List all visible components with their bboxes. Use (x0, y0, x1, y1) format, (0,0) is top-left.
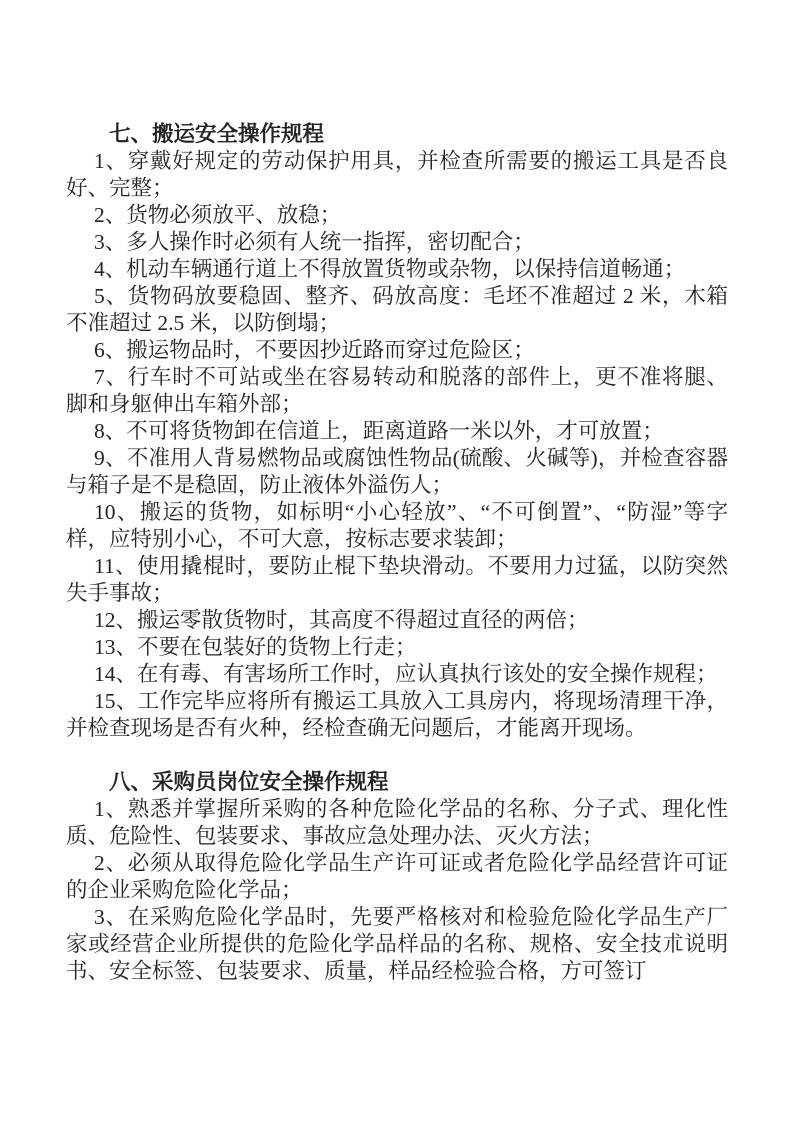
list-item: 5、货物码放要稳固、整齐、码放高度：毛坯不准超过 2 米，木箱不准超过 2.5 … (66, 283, 728, 337)
section-purchaser-safety: 八、采购员岗位安全操作规程 1、熟悉并掌握所采购的各种危险化学品的名称、分子式、… (66, 769, 728, 985)
list-item: 10、搬运的货物，如标明“小心轻放”、“不可倒置”、“防湿”等字样，应特别小心，… (66, 499, 728, 553)
list-item: 1、穿戴好规定的劳动保护用具，并检查所需要的搬运工具是否良好、完整； (66, 148, 728, 202)
list-item: 3、多人操作时必须有人统一指挥，密切配合； (66, 229, 728, 256)
list-item: 15、工作完毕应将所有搬运工具放入工具房内，将现场清理干净，并检查现场是否有火种… (66, 688, 728, 742)
list-item: 2、必须从取得危险化学品生产许可证或者危险化学品经营许可证的企业采购危险化学品； (66, 850, 728, 904)
list-item: 3、在采购危险化学品时，先要严格核对和检验危险化学品生产厂家或经营企业所提供的危… (66, 904, 728, 985)
section-handling-safety: 七、搬运安全操作规程 1、穿戴好规定的劳动保护用具，并检查所需要的搬运工具是否良… (66, 121, 728, 742)
list-item: 4、机动车辆通行道上不得放置货物或杂物，以保持信道畅通； (66, 256, 728, 283)
list-item: 1、熟悉并掌握所采购的各种危险化学品的名称、分子式、理化性质、危险性、包装要求、… (66, 796, 728, 850)
list-item: 12、搬运零散货物时，其高度不得超过直径的两倍； (66, 607, 728, 634)
list-item: 14、在有毒、有害场所工作时，应认真执行该处的安全操作规程； (66, 661, 728, 688)
list-item: 2、货物必须放平、放稳； (66, 202, 728, 229)
document-content: 七、搬运安全操作规程 1、穿戴好规定的劳动保护用具，并检查所需要的搬运工具是否良… (66, 121, 728, 985)
list-item: 9、不准用人背易燃物品或腐蚀性物品(硫酸、火碱等)，并检查容器与箱子是不是稳固，… (66, 445, 728, 499)
section-heading-purchaser-safety: 八、采购员岗位安全操作规程 (66, 769, 728, 796)
list-item: 11、使用撬棍时，要防止棍下垫块滑动。不要用力过猛，以防突然失手事故； (66, 553, 728, 607)
document-page: 七、搬运安全操作规程 1、穿戴好规定的劳动保护用具，并检查所需要的搬运工具是否良… (0, 0, 793, 1122)
list-item: 13、不要在包装好的货物上行走； (66, 634, 728, 661)
section-spacer (66, 742, 728, 769)
list-item: 6、搬运物品时，不要因抄近路而穿过危险区； (66, 337, 728, 364)
list-item: 7、行车时不可站或坐在容易转动和脱落的部件上，更不准将腿、脚和身躯伸出车箱外部； (66, 364, 728, 418)
section-heading-handling-safety: 七、搬运安全操作规程 (66, 121, 728, 148)
list-item: 8、不可将货物卸在信道上，距离道路一米以外，才可放置； (66, 418, 728, 445)
